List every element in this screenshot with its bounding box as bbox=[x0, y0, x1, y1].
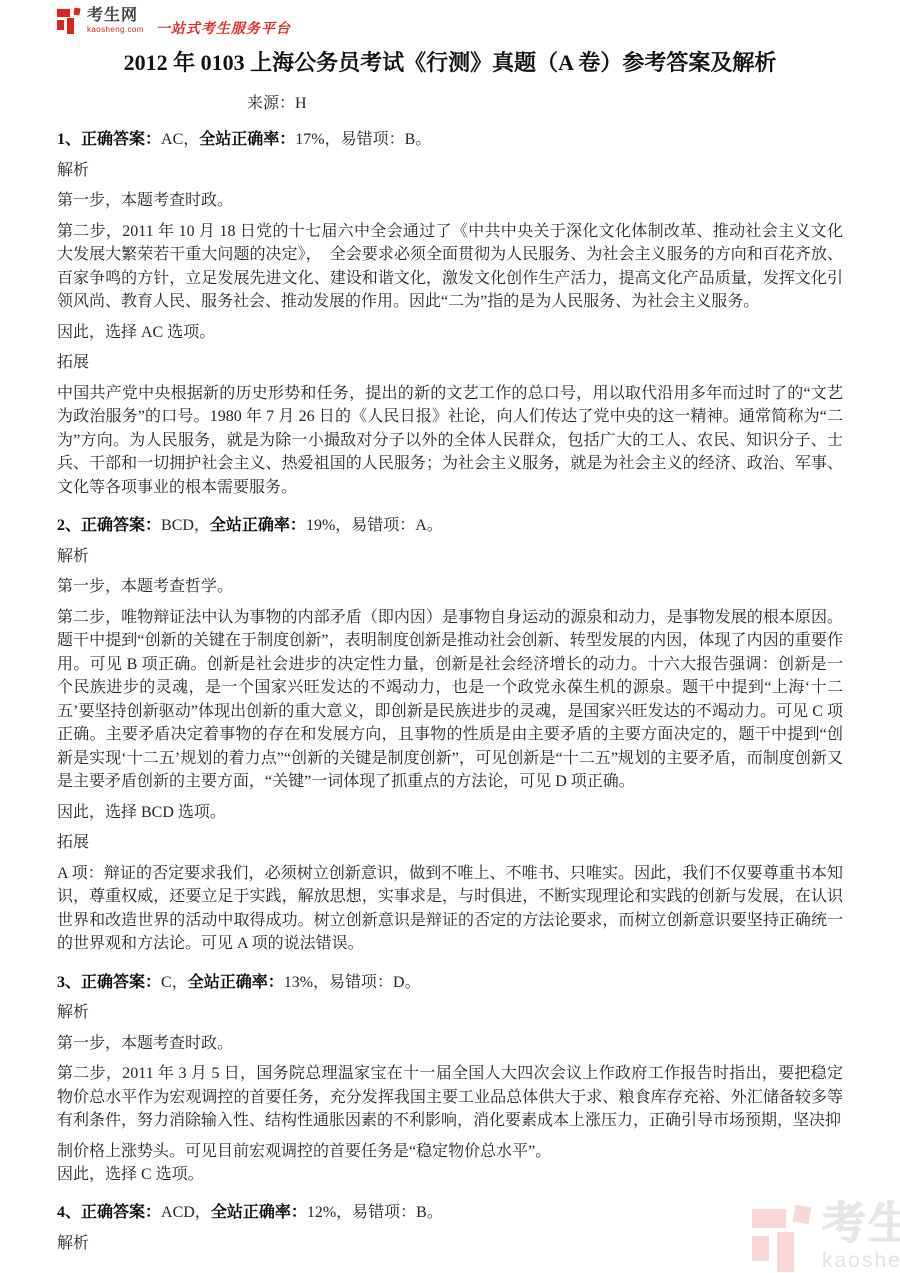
kaosheng-logo-icon bbox=[57, 8, 81, 35]
rate-label: 全站正确率： bbox=[210, 517, 306, 534]
answer-label: 1、正确答案： bbox=[57, 131, 161, 148]
kaosheng-logo[interactable]: 考生网 kaosheng.com bbox=[57, 8, 144, 35]
question-block-1: 1、正确答案：AC，全站正确率：17%，易错项：B。 解析 第一步，本题考查时政… bbox=[57, 128, 843, 499]
paragraph: 第一步，本题考查时政。 bbox=[57, 1032, 843, 1056]
answer-value: AC， bbox=[161, 131, 199, 148]
rate-label: 全站正确率： bbox=[199, 131, 295, 148]
answer-headline: 2、正确答案：BCD，全站正确率：19%，易错项：A。 bbox=[57, 514, 843, 538]
paragraph: 第二步，2011 年 10 月 18 日党的十七届六中全会通过了《中共中央关于深… bbox=[57, 220, 843, 314]
answer-value: C， bbox=[161, 974, 188, 991]
rate-value: 19%，易错项：A。 bbox=[306, 517, 443, 534]
question-block-4: 4、正确答案：ACD，全站正确率：12%，易错项：B。 解析 bbox=[57, 1201, 843, 1255]
rate-label: 全站正确率： bbox=[188, 974, 284, 991]
rate-value: 12%，易错项：B。 bbox=[307, 1204, 443, 1221]
brand-name: 考生网 bbox=[87, 8, 144, 24]
section-label-analysis: 解析 bbox=[57, 1001, 843, 1025]
rate-value: 13%，易错项：D。 bbox=[284, 974, 421, 991]
question-block-3: 3、正确答案：C，全站正确率：13%，易错项：D。 解析 第一步，本题考查时政。… bbox=[57, 971, 843, 1187]
paragraph: A 项：辩证的否定要求我们，必须树立创新意识，做到不唯上、不唯书、只唯实。因此，… bbox=[57, 862, 843, 956]
answer-value: ACD， bbox=[161, 1204, 211, 1221]
section-label-analysis: 解析 bbox=[57, 159, 843, 183]
paragraph: 第一步，本题考查时政。 bbox=[57, 189, 843, 213]
kaosheng-watermark-icon bbox=[752, 1206, 814, 1272]
paragraph: 因此，选择 BCD 选项。 bbox=[57, 801, 843, 825]
paragraph: 中国共产党中央根据新的历史形势和任务，提出的新的文艺工作的总口号，用以取代沿用多… bbox=[57, 382, 843, 500]
question-block-2: 2、正确答案：BCD，全站正确率：19%，易错项：A。 解析 第一步，本题考查哲… bbox=[57, 514, 843, 956]
paragraph: 第二步，2011 年 3 月 5 日，国务院总理温家宝在十一届全国人大四次会议上… bbox=[57, 1062, 843, 1133]
document-page: 考生网 kaosheng.com 一站式考生服务平台 2012 年 0103 上… bbox=[0, 0, 900, 1273]
answer-label: 3、正确答案： bbox=[57, 974, 161, 991]
page-title: 2012 年 0103 上海公务员考试《行测》真题（A 卷）参考答案及解析 bbox=[40, 48, 860, 78]
paragraph: 第一步，本题考查哲学。 bbox=[57, 575, 843, 599]
answer-label: 2、正确答案： bbox=[57, 517, 161, 534]
paragraph: 第二步，唯物辩证法中认为事物的内部矛盾（即内因）是事物自身运动的源泉和动力，是事… bbox=[57, 606, 843, 794]
answer-headline: 4、正确答案：ACD，全站正确率：12%，易错项：B。 bbox=[57, 1201, 843, 1225]
answer-headline: 1、正确答案：AC，全站正确率：17%，易错项：B。 bbox=[57, 128, 843, 152]
section-label-extension: 拓展 bbox=[57, 351, 843, 375]
rate-label: 全站正确率： bbox=[211, 1204, 307, 1221]
rate-value: 17%，易错项：B。 bbox=[295, 131, 431, 148]
answer-headline: 3、正确答案：C，全站正确率：13%，易错项：D。 bbox=[57, 971, 843, 995]
brand-domain: kaosheng.com bbox=[87, 26, 144, 34]
paragraph: 制价格上涨势头。可见目前宏观调控的首要任务是“稳定物价总水平”。 bbox=[57, 1140, 843, 1164]
paragraph: 因此，选择 AC 选项。 bbox=[57, 321, 843, 345]
source-line: 来源：H bbox=[247, 90, 900, 113]
kaosheng-watermark: 考生网 kaosheng.com bbox=[752, 1202, 900, 1272]
watermark-brand: 考生网 bbox=[822, 1202, 900, 1246]
watermark-domain: kaosheng.com bbox=[822, 1250, 900, 1271]
answer-value: BCD， bbox=[161, 517, 210, 534]
section-label-analysis: 解析 bbox=[57, 1232, 843, 1256]
answers-main: 1、正确答案：AC，全站正确率：17%，易错项：B。 解析 第一步，本题考查时政… bbox=[57, 128, 843, 1255]
section-label-analysis: 解析 bbox=[57, 545, 843, 569]
site-header: 考生网 kaosheng.com 一站式考生服务平台 bbox=[57, 8, 291, 38]
answer-label: 4、正确答案： bbox=[57, 1204, 161, 1221]
section-label-extension: 拓展 bbox=[57, 831, 843, 855]
paragraph: 因此，选择 C 选项。 bbox=[57, 1163, 843, 1186]
brand-tagline: 一站式考生服务平台 bbox=[156, 18, 291, 38]
